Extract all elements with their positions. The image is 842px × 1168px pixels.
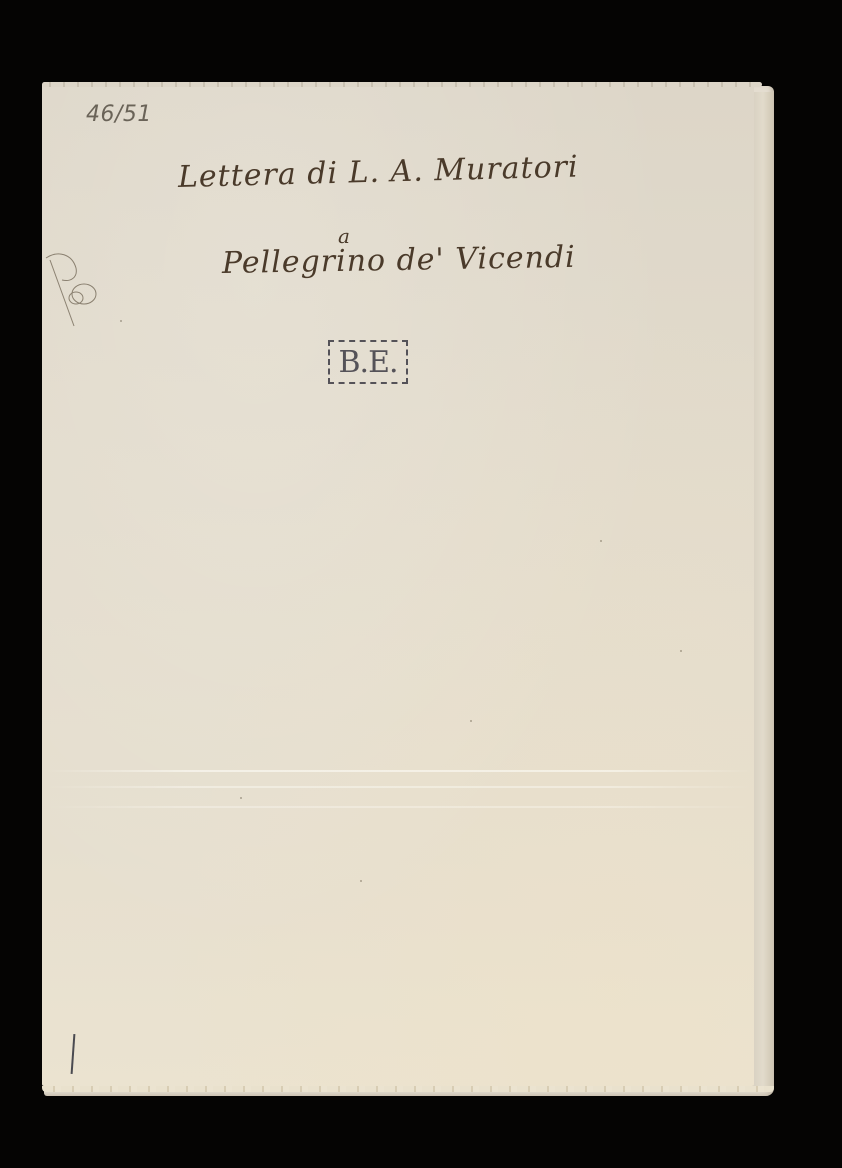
paper-speck [360, 880, 362, 882]
handwritten-recipient: Pellegrino de' Vicendi [222, 240, 576, 281]
paper-crease [44, 770, 752, 772]
stamp-text: B.E. [338, 345, 397, 380]
library-stamp: B.E. [328, 340, 408, 384]
paper-speck [240, 797, 242, 799]
paper-speck [680, 650, 682, 652]
sheet-right-edge [752, 92, 773, 1090]
paper-speck [120, 320, 122, 322]
folio-number: 46/51 [86, 102, 152, 127]
paper-sheet [42, 84, 754, 1086]
paper-speck [600, 540, 602, 542]
paper-speck [470, 720, 472, 722]
paper-crease [44, 806, 752, 808]
pencil-scribble-icon [44, 250, 104, 330]
deckle-edge-top [42, 82, 762, 87]
deckle-edge-bottom [42, 1086, 774, 1092]
paper-crease [44, 786, 752, 788]
